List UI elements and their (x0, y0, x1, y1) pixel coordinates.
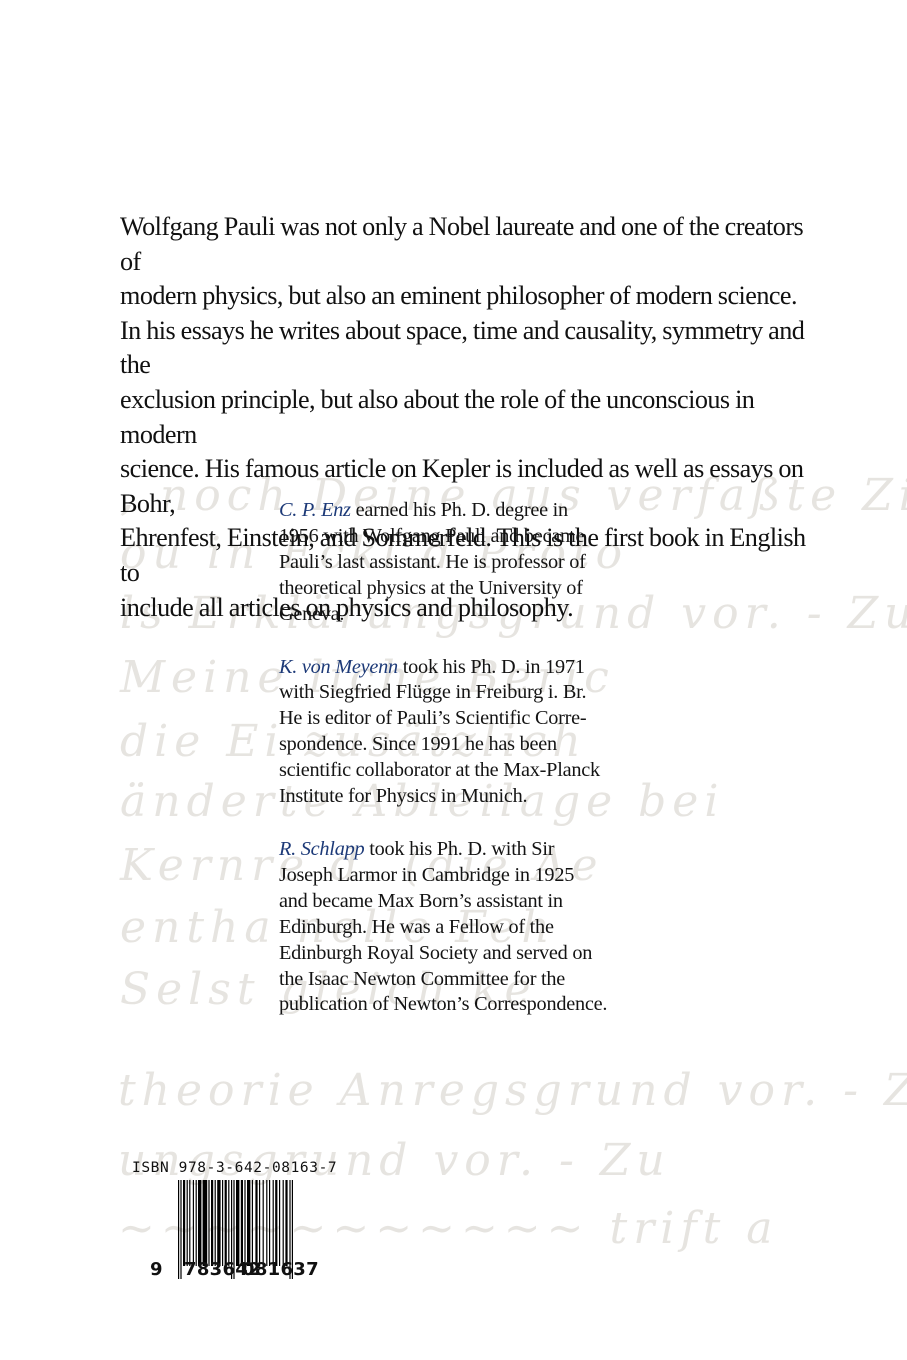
author-bio-enz: C. P. Enz earned his Ph. D. degree in 19… (279, 498, 619, 628)
author-name: C. P. Enz (279, 499, 351, 521)
bio-line: scientific collaborator at the Max-Planc… (279, 758, 619, 784)
bio-first-line: R. Schlapp took his Ph. D. with Sir (279, 837, 619, 863)
bio-text: earned his Ph. D. degree in (351, 499, 568, 521)
bio-line: Edinburgh. He was a Fellow of the (279, 915, 619, 941)
isbn-label: ISBN 978-3-642-08163-7 (132, 1160, 312, 1177)
bio-line: Joseph Larmor in Cambridge in 1925 (279, 863, 619, 889)
bio-line: Institute for Physics in Munich. (279, 784, 619, 810)
author-bios: C. P. Enz earned his Ph. D. degree in 19… (279, 498, 619, 1018)
bio-line: publication of Newton’s Correspondence. (279, 992, 619, 1018)
blurb-line: Wolfgang Pauli was not only a Nobel laur… (120, 210, 820, 279)
author-bio-schlapp: R. Schlapp took his Ph. D. with Sir Jose… (279, 837, 619, 1018)
blurb-line: In his essays he writes about space, tim… (120, 314, 820, 383)
bio-line: 1956 with Wolfgang Pauli and became (279, 524, 619, 550)
script-line: theorie Anregsgrund vor. - Zu (118, 1065, 907, 1116)
blurb-line: modern physics, but also an eminent phil… (120, 279, 820, 314)
book-back-cover: , noch Deine aus verfaßte Zi ou in Eckl … (0, 0, 907, 1360)
author-bio-von-meyenn: K. von Meyenn took his Ph. D. in 1971 wi… (279, 655, 619, 810)
bio-line: and became Max Born’s assistant in (279, 889, 619, 915)
bio-line: Pauli’s last assistant. He is professor … (279, 550, 619, 576)
bio-line: Geneva. (279, 602, 619, 628)
bio-line: spondence. Since 1991 he has been (279, 732, 619, 758)
bio-first-line: C. P. Enz earned his Ph. D. degree in (279, 498, 619, 524)
blurb-line: exclusion principle, but also about the … (120, 383, 820, 452)
author-name: R. Schlapp (279, 838, 364, 860)
barcode-digit-first: 9 (150, 1259, 163, 1280)
bio-line: theoretical physics at the University of (279, 576, 619, 602)
bio-line: Edinburgh Royal Society and served on (279, 941, 619, 967)
bio-line: the Isaac Newton Committee for the (279, 967, 619, 993)
barcode-digit-group-right: 081637 (242, 1259, 319, 1280)
bio-line: with Siegfried Flügge in Freiburg i. Br. (279, 680, 619, 706)
bio-text: took his Ph. D. with Sir (364, 838, 554, 860)
bio-text: took his Ph. D. in 1971 (398, 656, 585, 678)
bio-first-line: K. von Meyenn took his Ph. D. in 1971 (279, 655, 619, 681)
author-name: K. von Meyenn (279, 656, 398, 678)
bio-line: He is editor of Pauli’s Scientific Corre… (279, 706, 619, 732)
